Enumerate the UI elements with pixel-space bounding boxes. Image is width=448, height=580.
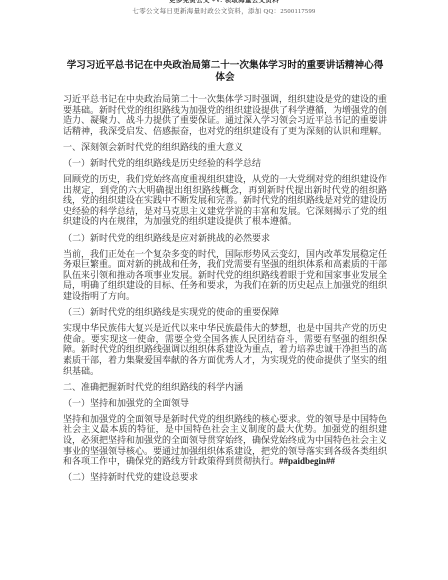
subsection-heading-1-3: （三）新时代党的组织路线是实现党的使命的重要保障 xyxy=(63,307,387,318)
document-body: 学习习近平总书记在中央政治局第二十一次集体学习时的重要讲话精神心得体会 习近平总… xyxy=(63,60,387,488)
section-heading-1: 一、深刻领会新时代党的组织路线的重大意义 xyxy=(63,142,387,153)
subsection-heading-2-2: （二）坚持新时代党的建设总要求 xyxy=(63,472,387,483)
paragraph-intro: 习近平总书记在中央政治局第二十一次集体学习时强调，组织建设是党的建设的重要基础。… xyxy=(63,94,387,136)
document-page: 更多免费公文 +V: 领取海量公文资料 七零公文每日更新海量时政公文资料，添加 … xyxy=(0,0,448,580)
subsection-heading-1-1: （一）新时代党的组织路线是历史经验的科学总结 xyxy=(63,158,387,169)
section-heading-2: 二、准确把握新时代党的组织路线的科学内涵 xyxy=(63,382,387,393)
paragraph: 当前，我们正处在一个复杂多变的时代，国际形势风云变幻，国内改革发展稳定任务艰巨繁… xyxy=(63,249,387,302)
watermark-line-1: 更多免费公文 +V: 领取海量公文资料 xyxy=(0,0,448,5)
paid-begin-marker: ##paidbegin## xyxy=(279,456,335,466)
paragraph-text: 坚持和加强党的全面领导是新时代党的组织路线的核心要求。党的领导是中国特色社会主义… xyxy=(63,414,387,466)
document-title: 学习习近平总书记在中央政治局第二十一次集体学习时的重要讲话精神心得体会 xyxy=(63,60,387,84)
watermark-line-2: 七零公文每日更新海量时政公文资料，添加 QQ：2500117599 xyxy=(0,8,448,16)
paragraph: 实现中华民族伟大复兴是近代以来中华民族最伟大的梦想，也是中国共产党的历史使命。要… xyxy=(63,323,387,376)
paragraph: 回顾党的历史，我们党始终高度重视组织建设，从党的一大党纲对党的组织建设作出规定，… xyxy=(63,174,387,227)
subsection-heading-1-2: （二）新时代党的组织路线是应对新挑战的必然要求 xyxy=(63,233,387,244)
subsection-heading-2-1: （一）坚持和加强党的全面领导 xyxy=(63,398,387,409)
paragraph: 坚持和加强党的全面领导是新时代党的组织路线的核心要求。党的领导是中国特色社会主义… xyxy=(63,414,387,467)
